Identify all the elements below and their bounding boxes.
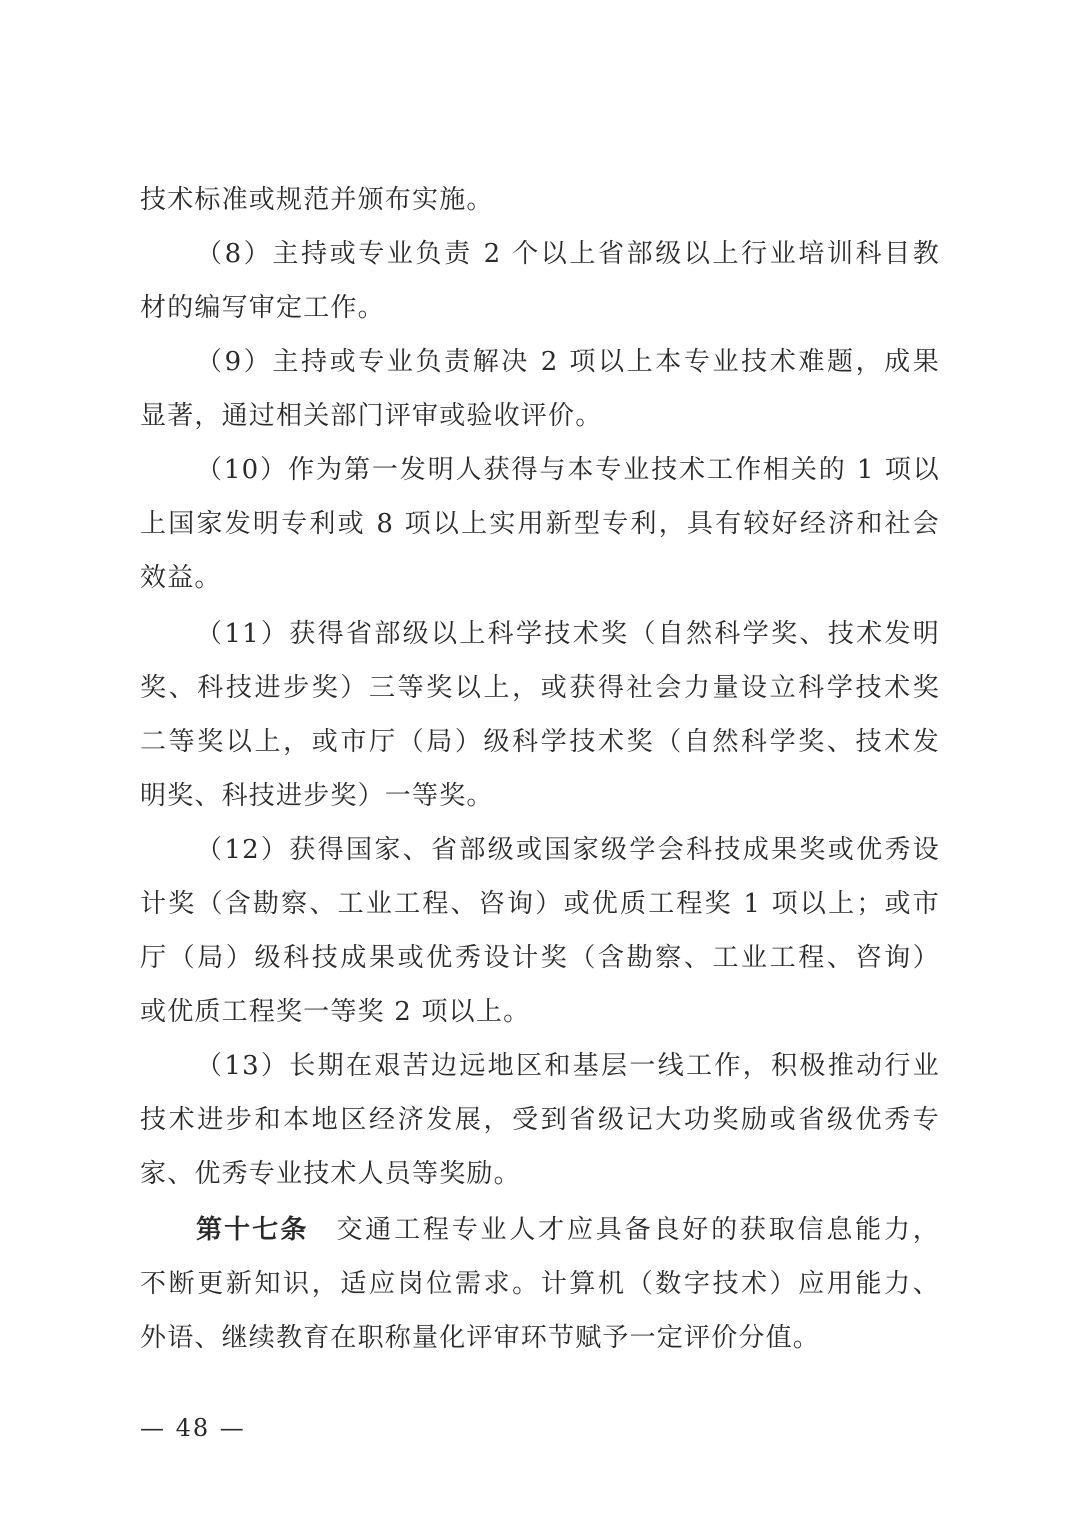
article-17-text: 交通工程专业人才应具备良好的获取信息能力， (336, 1215, 940, 1245)
item-9-line-1: （9）主持或专业负责解决 2 项以上本专业技术难题，成果 (196, 342, 940, 382)
item-13-line-3: 家、优秀专业技术人员等奖励。 (140, 1154, 940, 1194)
item-12-line-2: 计奖（含勘察、工业工程、咨询）或优质工程奖 1 项以上；或市 (140, 884, 940, 924)
article-heading: 第十七条 (196, 1215, 308, 1245)
item-11-line-3: 二等奖以上，或市厅（局）级科学技术奖（自然科学奖、技术发 (140, 722, 940, 762)
item-12-line-1: （12）获得国家、省部级或国家级学会科技成果奖或优秀设 (196, 830, 940, 870)
document-page: 技术标准或规范并颁布实施。 （8）主持或专业负责 2 个以上省部级以上行业培训科… (0, 0, 1080, 1527)
item-13-line-1: （13）长期在艰苦边远地区和基层一线工作，积极推动行业 (196, 1046, 940, 1086)
item-11-line-1: （11）获得省部级以上科学技术奖（自然科学奖、技术发明 (196, 614, 940, 654)
item-10-line-3: 效益。 (140, 558, 940, 598)
article-17-line-2: 不断更新知识，适应岗位需求。计算机（数字技术）应用能力、 (140, 1264, 940, 1304)
item-11-line-2: 奖、科技进步奖）三等奖以上，或获得社会力量设立科学技术奖 (140, 668, 940, 708)
item-13-line-2: 技术进步和本地区经济发展，受到省级记大功奖励或省级优秀专 (140, 1100, 940, 1140)
page-number: — 48 — (140, 1408, 246, 1448)
article-17-line-1: 第十七条交通工程专业人才应具备良好的获取信息能力， (196, 1210, 940, 1250)
item-10-line-1: （10）作为第一发明人获得与本专业技术工作相关的 1 项以 (196, 450, 940, 490)
article-17-line-3: 外语、继续教育在职称量化评审环节赋予一定评价分值。 (140, 1318, 940, 1358)
item-9-line-2: 显著，通过相关部门评审或验收评价。 (140, 396, 940, 436)
text-line: 技术标准或规范并颁布实施。 (140, 180, 940, 220)
item-11-line-4: 明奖、科技进步奖）一等奖。 (140, 776, 940, 816)
item-10-line-2: 上国家发明专利或 8 项以上实用新型专利，具有较好经济和社会 (140, 504, 940, 544)
item-12-line-3: 厅（局）级科技成果或优秀设计奖（含勘察、工业工程、咨询） (140, 938, 940, 978)
item-8-line-2: 材的编写审定工作。 (140, 288, 940, 328)
item-12-line-4: 或优质工程奖一等奖 2 项以上。 (140, 992, 940, 1032)
item-8-line-1: （8）主持或专业负责 2 个以上省部级以上行业培训科目教 (196, 234, 940, 274)
